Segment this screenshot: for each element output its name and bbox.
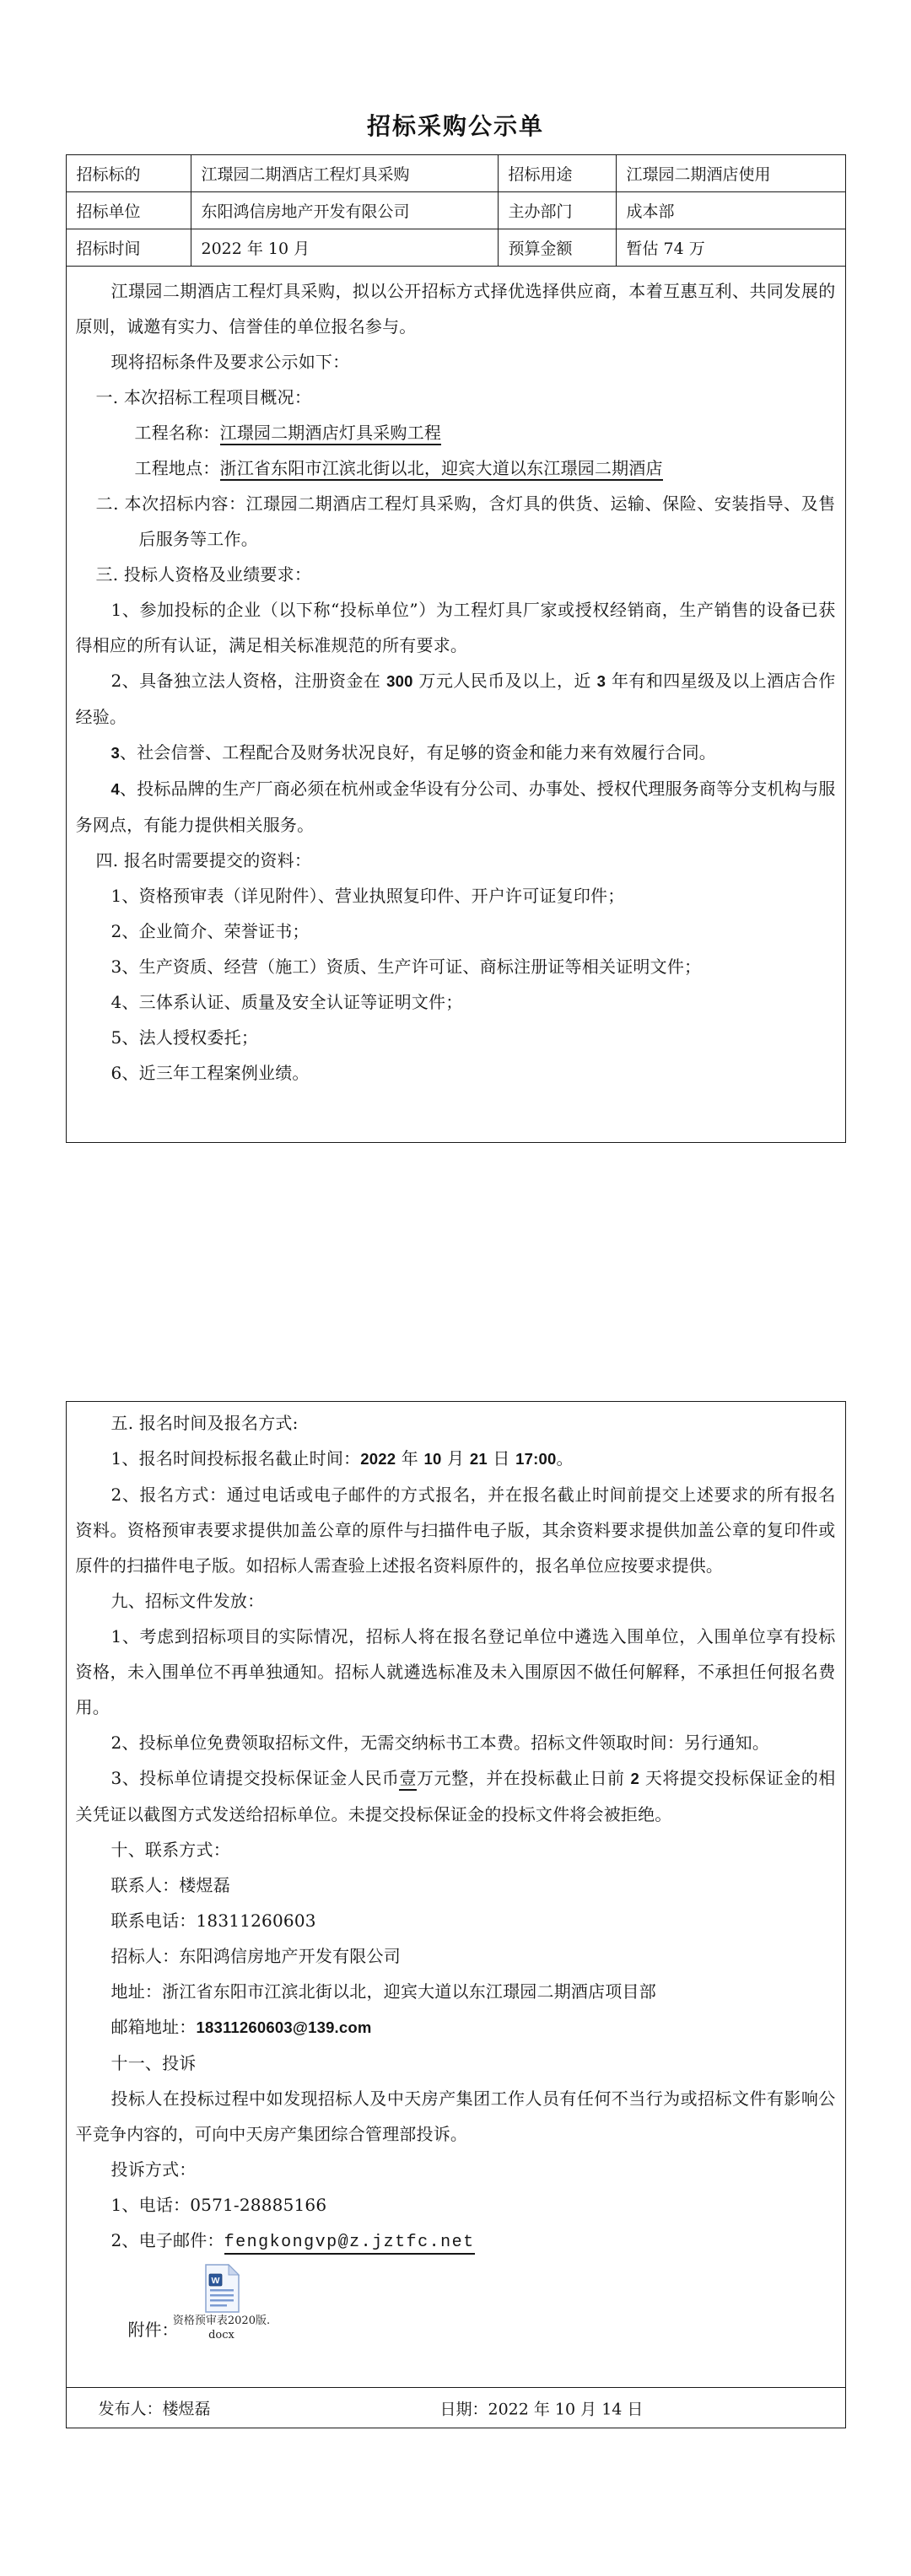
paragraph: 五. 报名时间及报名方式: xyxy=(76,1405,836,1441)
text-segment: 工程名称： xyxy=(135,423,220,443)
text-segment: 江璟园二期酒店灯具采购工程 xyxy=(220,423,442,445)
paragraph: 1、报名时间投标报名截止时间：2022 年 10 月 21 日 17:00。 xyxy=(76,1441,836,1477)
text-segment: 17:00 xyxy=(515,1450,556,1468)
box2-content: 五. 报名时间及报名方式:1、报名时间投标报名截止时间：2022 年 10 月 … xyxy=(67,1402,845,2387)
info-row: 招标单位东阳鸿信房地产开发有限公司主办部门成本部 xyxy=(66,192,845,229)
field-value: 暂估 74 万 xyxy=(616,229,845,267)
paragraph: 3、生产资质、经营（施工）资质、生产许可证、商标注册证等相关证明文件； xyxy=(76,949,836,984)
text-segment: 1、电话：0571-28885166 xyxy=(111,2195,327,2215)
text-segment: 四. 报名时需要提交的资料： xyxy=(96,850,312,870)
text-segment: 18311260603@139.com xyxy=(197,2018,372,2036)
text-segment: 1、参加投标的企业（以下称“投标单位”）为工程灯具厂家或授权经销商，生产销售的设… xyxy=(76,600,836,655)
text-segment: 联系电话：18311260603 xyxy=(111,1910,316,1931)
paragraph: 一. 本次招标工程项目概况： xyxy=(76,380,836,415)
word-doc-icon[interactable]: W xyxy=(202,2264,241,2313)
text-segment: 、社会信誉、工程配合及财务状况良好，有足够的资金和能力来有效履行合同。 xyxy=(120,742,716,763)
document-page: 招标采购公示单 招标标的江璟园二期酒店工程灯具采购招标用途江璟园二期酒店使用招标… xyxy=(0,0,911,2576)
text-segment: 江璟园二期酒店工程灯具采购，拟以公开招标方式择优选择供应商，本着互惠互利、共同发… xyxy=(76,281,836,337)
paragraph: 十一、投诉 xyxy=(76,2045,836,2081)
text-segment: 3、投标单位请提交投标保证金人民币 xyxy=(111,1768,400,1788)
paragraph: 联系电话：18311260603 xyxy=(76,1903,836,1938)
paragraph: 1、电话：0571-28885166 xyxy=(76,2187,836,2223)
text-segment: 年 xyxy=(396,1448,423,1469)
text-segment: 10 xyxy=(424,1450,442,1468)
email-link[interactable]: fengkongvp@z.jztfc.net xyxy=(224,2233,475,2255)
paragraph: 九、招标文件发放： xyxy=(76,1583,836,1619)
text-segment: 2、投标单位免费领取招标文件，无需交纳标书工本费。招标文件领取时间：另行通知。 xyxy=(111,1733,770,1753)
attachment-label: 附件： xyxy=(128,2316,179,2341)
text-segment: 1、报名时间投标报名截止时间： xyxy=(111,1448,361,1469)
paragraph: 投诉方式： xyxy=(76,2152,836,2187)
paragraph: 6、近三年工程案例业绩。 xyxy=(76,1055,836,1091)
paragraph: 投标人在投标过程中如发现招标人及中天房产集团工作人员有任何不当行为或招标文件有影… xyxy=(76,2081,836,2152)
paragraph: 现将招标条件及要求公示如下： xyxy=(76,344,836,380)
text-segment: 5、法人授权委托； xyxy=(111,1027,259,1048)
text-segment: 一. 本次招标工程项目概况： xyxy=(96,387,312,407)
paragraph: 邮箱地址：18311260603@139.com xyxy=(76,2009,836,2045)
paragraph: 招标人：东阳鸿信房地产开发有限公司 xyxy=(76,1938,836,1974)
text-segment: 2 xyxy=(630,1770,639,1787)
text-segment: 三. 投标人资格及业绩要求： xyxy=(96,564,312,585)
field-label: 主办部门 xyxy=(498,192,616,229)
text-segment: 十、联系方式： xyxy=(111,1840,230,1860)
text-segment: 万元整，并在投标截止日前 xyxy=(417,1768,630,1788)
field-label: 预算金额 xyxy=(498,229,616,267)
footer-row: 发布人：楼煜磊 日期：2022 年 10 月 14 日 xyxy=(67,2387,845,2428)
box2-paragraphs: 五. 报名时间及报名方式:1、报名时间投标报名截止时间：2022 年 10 月 … xyxy=(76,1405,836,2261)
text-segment: 300 xyxy=(386,672,412,690)
text-segment: 4 xyxy=(111,780,121,798)
info-row: 招标标的江璟园二期酒店工程灯具采购招标用途江璟园二期酒店使用 xyxy=(66,155,845,192)
text-segment: 投诉方式： xyxy=(111,2159,197,2180)
field-value: 东阳鸿信房地产开发有限公司 xyxy=(191,192,498,229)
text-segment: 二. 本次招标内容：江璟园二期酒店工程灯具采购，含灯具的供货、运输、保险、安装指… xyxy=(96,493,836,549)
field-value: 2022 年 10 月 xyxy=(191,229,498,267)
text-segment: 4、三体系认证、质量及安全认证等证明文件； xyxy=(111,992,463,1012)
text-segment: 现将招标条件及要求公示如下： xyxy=(111,352,350,372)
field-value: 成本部 xyxy=(616,192,845,229)
notice-body-box-2: 五. 报名时间及报名方式:1、报名时间投标报名截止时间：2022 年 10 月 … xyxy=(66,1401,846,2428)
info-table: 招标标的江璟园二期酒店工程灯具采购招标用途江璟园二期酒店使用招标单位东阳鸿信房地… xyxy=(66,154,846,267)
field-label: 招标标的 xyxy=(66,155,191,192)
paragraph: 2、投标单位免费领取招标文件，无需交纳标书工本费。招标文件领取时间：另行通知。 xyxy=(76,1725,836,1760)
text-segment: 21 xyxy=(470,1450,488,1468)
text-segment: 6、近三年工程案例业绩。 xyxy=(111,1063,310,1083)
text-segment: 工程地点： xyxy=(135,458,220,478)
text-segment: 。 xyxy=(556,1448,573,1469)
text-segment: 1、资格预审表（详见附件）、营业执照复印件、开户许可证复印件； xyxy=(111,886,625,906)
text-segment: 2、企业简介、荣誉证书； xyxy=(111,921,310,941)
notice-body-box-1: 江璟园二期酒店工程灯具采购，拟以公开招标方式择优选择供应商，本着互惠互利、共同发… xyxy=(66,267,846,1143)
paragraph: 联系人：楼煜磊 xyxy=(76,1867,836,1903)
text-segment: 2、具备独立法人资格，注册资金在 xyxy=(111,671,387,691)
paragraph: 地址：浙江省东阳市江滨北街以北，迎宾大道以东江璟园二期酒店项目部 xyxy=(76,1974,836,2009)
attachment-block: W 资格预审表2020版. docx 附件： xyxy=(76,2264,836,2369)
text-segment: 浙江省东阳市江滨北街以北，迎宾大道以东江璟园二期酒店 xyxy=(220,458,663,481)
paragraph: 1、参加投标的企业（以下称“投标单位”）为工程灯具厂家或授权经销商，生产销售的设… xyxy=(76,592,836,663)
text-segment: 招标人：东阳鸿信房地产开发有限公司 xyxy=(111,1946,401,1966)
paragraph: 3、投标单位请提交投标保证金人民币壹万元整，并在投标截止日前 2 天将提交投标保… xyxy=(76,1760,836,1832)
paragraph: 5、法人授权委托； xyxy=(76,1020,836,1055)
text-segment: 地址：浙江省东阳市江滨北街以北，迎宾大道以东江璟园二期酒店项目部 xyxy=(111,1981,656,2002)
text-segment: 月 xyxy=(442,1448,470,1469)
paragraph: 4、投标品牌的生产厂商必须在杭州或金华设有分公司、办事处、授权代理服务商等分支机… xyxy=(76,771,836,843)
text-segment: 3 xyxy=(111,744,121,762)
paragraph: 十、联系方式： xyxy=(76,1832,836,1867)
publisher-name: 发布人：楼煜磊 xyxy=(99,2396,211,2419)
text-segment: 日 xyxy=(488,1448,515,1469)
publish-date: 日期：2022 年 10 月 14 日 xyxy=(440,2396,644,2419)
box1-paragraphs: 江璟园二期酒店工程灯具采购，拟以公开招标方式择优选择供应商，本着互惠互利、共同发… xyxy=(76,273,836,1091)
text-segment: 壹 xyxy=(399,1768,417,1791)
paragraph: 工程名称：江璟园二期酒店灯具采购工程 xyxy=(76,415,836,450)
text-segment: 投标人在投标过程中如发现招标人及中天房产集团工作人员有任何不当行为或招标文件有影… xyxy=(76,2088,836,2144)
text-segment: 1、考虑到招标项目的实际情况，招标人将在报名登记单位中遴选入围单位，入围单位享有… xyxy=(76,1626,836,1717)
text-segment: 十一、投诉 xyxy=(111,2053,197,2073)
paragraph: 江璟园二期酒店工程灯具采购，拟以公开招标方式择优选择供应商，本着互惠互利、共同发… xyxy=(76,273,836,344)
paragraph: 二. 本次招标内容：江璟园二期酒店工程灯具采购，含灯具的供货、运输、保险、安装指… xyxy=(76,486,836,557)
paragraph: 3、社会信誉、工程配合及财务状况良好，有足够的资金和能力来有效履行合同。 xyxy=(76,735,836,771)
text-segment: 3 xyxy=(597,672,606,690)
paragraph: 1、考虑到招标项目的实际情况，招标人将在报名登记单位中遴选入围单位，入围单位享有… xyxy=(76,1619,836,1725)
field-label: 招标单位 xyxy=(66,192,191,229)
field-label: 招标时间 xyxy=(66,229,191,267)
paragraph: 2、电子邮件：fengkongvp@z.jztfc.net xyxy=(76,2223,836,2261)
text-segment: 2022 xyxy=(360,1450,396,1468)
paragraph: 工程地点：浙江省东阳市江滨北街以北，迎宾大道以东江璟园二期酒店 xyxy=(76,450,836,486)
text-segment: 万元人民币及以上，近 xyxy=(413,671,597,691)
paragraph: 1、资格预审表（详见附件）、营业执照复印件、开户许可证复印件； xyxy=(76,878,836,913)
text-segment: 五. 报名时间及报名方式: xyxy=(111,1413,299,1433)
text-segment: 邮箱地址： xyxy=(111,2017,197,2037)
svg-text:W: W xyxy=(211,2276,219,2286)
info-row: 招标时间2022 年 10 月预算金额暂估 74 万 xyxy=(66,229,845,267)
paragraph: 三. 投标人资格及业绩要求： xyxy=(76,557,836,592)
field-value: 江璟园二期酒店工程灯具采购 xyxy=(191,155,498,192)
paragraph: 2、企业简介、荣誉证书； xyxy=(76,913,836,949)
field-label: 招标用途 xyxy=(498,155,616,192)
page-title: 招标采购公示单 xyxy=(0,108,911,142)
field-value: 江璟园二期酒店使用 xyxy=(616,155,845,192)
paragraph: 4、三体系认证、质量及安全认证等证明文件； xyxy=(76,984,836,1020)
text-segment: 联系人：楼煜磊 xyxy=(111,1875,230,1895)
text-segment: 2、电子邮件： xyxy=(111,2230,224,2250)
paragraph: 2、报名方式：通过电话或电子邮件的方式报名，并在报名截止时间前提交上述要求的所有… xyxy=(76,1477,836,1583)
paragraph: 四. 报名时需要提交的资料： xyxy=(76,843,836,878)
text-segment: 3、生产资质、经营（施工）资质、生产许可证、商标注册证等相关证明文件； xyxy=(111,957,702,977)
text-segment: 九、招标文件发放： xyxy=(111,1591,265,1611)
text-segment: 、投标品牌的生产厂商必须在杭州或金华设有分公司、办事处、授权代理服务商等分支机构… xyxy=(76,779,836,835)
text-segment: 2、报名方式：通过电话或电子邮件的方式报名，并在报名截止时间前提交上述要求的所有… xyxy=(76,1485,836,1576)
paragraph: 2、具备独立法人资格，注册资金在 300 万元人民币及以上，近 3 年有和四星级… xyxy=(76,663,836,735)
